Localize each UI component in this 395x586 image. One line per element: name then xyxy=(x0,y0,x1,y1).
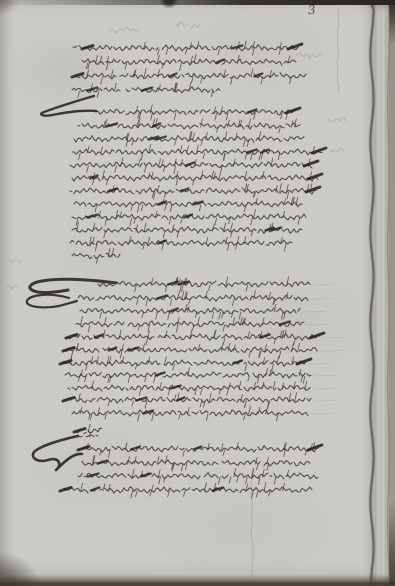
handwriting-line xyxy=(82,460,310,466)
scan-bottom-left-shadow xyxy=(0,552,40,586)
handwritten-text xyxy=(27,41,344,498)
bleedthrough-mark xyxy=(110,27,138,33)
ruled-line xyxy=(312,389,334,390)
handwriting-line xyxy=(64,487,312,493)
ruled-line xyxy=(322,338,344,339)
heavy-stroke xyxy=(72,74,83,78)
heavy-stroke xyxy=(310,333,324,338)
ruled-line xyxy=(321,351,343,352)
heavy-stroke xyxy=(288,44,302,49)
ruled-line xyxy=(313,401,335,402)
ink-blot xyxy=(186,163,195,166)
bleedthrough-mark xyxy=(330,148,344,152)
heavy-stroke xyxy=(304,161,318,166)
heavy-stroke xyxy=(66,335,77,339)
crease-line xyxy=(337,8,339,92)
manuscript-scan: 3 xyxy=(0,0,395,586)
bleedthrough-mark xyxy=(6,285,18,289)
handwriting-line xyxy=(65,397,311,403)
initial-flourish-echo xyxy=(33,436,82,470)
handwriting-line xyxy=(62,360,306,367)
handwriting-ink xyxy=(0,0,395,586)
heavy-stroke xyxy=(74,429,85,433)
ink-blot xyxy=(157,296,167,299)
handwriting-line xyxy=(72,175,318,181)
handwriting-line xyxy=(76,321,304,327)
handwriting-line xyxy=(74,201,302,207)
handwriting-line xyxy=(78,473,318,479)
page-edge-lines xyxy=(370,0,389,586)
handwriting-line xyxy=(96,109,296,115)
ruled-line xyxy=(302,312,324,313)
ruled-line xyxy=(309,364,331,365)
handwriting-line xyxy=(80,308,300,314)
handwriting-line xyxy=(74,73,306,79)
handwriting-line xyxy=(70,188,316,194)
ink-blot xyxy=(232,46,243,49)
scan-top-edge xyxy=(0,0,395,5)
handwriting-line xyxy=(72,410,308,416)
initial-flourish xyxy=(27,295,77,308)
ink-blot xyxy=(280,322,290,325)
bleedthrough-mark xyxy=(176,22,200,28)
handwriting-line xyxy=(70,240,292,247)
pen-dash xyxy=(73,46,81,48)
scan-top-notch xyxy=(160,0,178,8)
heavy-stroke xyxy=(60,488,71,492)
handwriting-line xyxy=(98,281,310,287)
inner-edge-line xyxy=(388,0,390,586)
bleedthrough-mark xyxy=(296,53,322,58)
ruled-line xyxy=(313,376,335,377)
ruled-line xyxy=(306,325,328,326)
handwriting-strokes xyxy=(87,442,315,457)
handwriting-line xyxy=(78,295,308,301)
ruled-line xyxy=(310,299,332,300)
ink-blot xyxy=(156,373,165,376)
handwriting-strokes xyxy=(104,119,297,133)
heavy-stroke xyxy=(63,398,74,402)
ink-blot xyxy=(233,361,242,364)
pen-dash xyxy=(76,435,98,437)
ruled-line xyxy=(312,285,334,286)
heavy-stroke xyxy=(60,361,71,365)
bleedthrough-mark xyxy=(8,260,22,263)
scan-bottom-edge xyxy=(0,575,395,586)
bleedthrough-mark xyxy=(328,118,346,123)
heavy-stroke xyxy=(78,447,89,451)
initial-flourish-echo xyxy=(30,279,116,292)
initial-flourish xyxy=(41,96,96,116)
ink-blot xyxy=(217,60,225,63)
handwriting-line xyxy=(82,59,296,65)
ruled-line xyxy=(310,414,332,415)
